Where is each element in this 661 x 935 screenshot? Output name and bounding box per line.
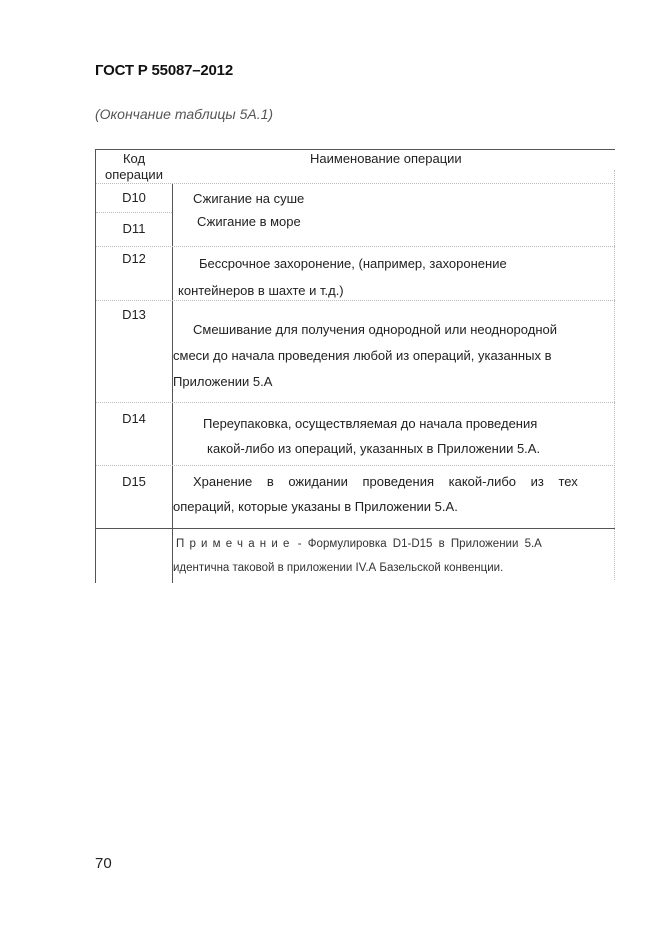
table-row-code: D11 <box>96 221 172 236</box>
table-row-name: какой-либо из операций, указанных в Прил… <box>207 441 540 456</box>
row-divider <box>96 402 615 403</box>
table-row-code: D13 <box>96 307 172 322</box>
table-caption: (Окончание таблицы 5А.1) <box>95 106 273 122</box>
table-row-code: D14 <box>96 411 172 426</box>
table-row-name: Бессрочное захоронение, (например, захор… <box>199 256 507 271</box>
table-row-name: Сжигание в море <box>197 214 301 229</box>
table-row-name: операций, которые указаны в Приложении 5… <box>173 499 458 514</box>
table-row-name: Приложении 5.А <box>173 374 272 389</box>
note-text: - Формулировка D1-D15 в Приложении 5.А <box>298 538 542 550</box>
header-code-line1: Код <box>96 151 172 166</box>
table-row-code: D10 <box>96 190 172 205</box>
table-left-border <box>95 149 96 583</box>
table-row-name: контейнеров в шахте и т.д.) <box>178 283 344 298</box>
table-top-border <box>95 149 615 150</box>
table-row-code: D12 <box>96 251 172 266</box>
table-row-name: Сжигание на суше <box>193 191 304 206</box>
row-divider <box>96 246 615 247</box>
table-row-code: D15 <box>96 474 172 489</box>
document-code: ГОСТ Р 55087–2012 <box>95 62 233 79</box>
right-edge-marks <box>614 170 615 580</box>
note-label: Примечание <box>176 538 295 550</box>
note-line2: идентична таковой в приложении IV.А Базе… <box>173 562 503 574</box>
table-row-name: Переупаковка, осуществляемая до начала п… <box>203 416 537 431</box>
row-divider <box>96 300 615 301</box>
note-divider <box>95 528 615 529</box>
note-line1: Примечание - Формулировка D1-D15 в Прило… <box>176 538 542 550</box>
header-divider <box>96 183 615 184</box>
table-row-name: смеси до начала проведения любой из опер… <box>173 348 551 363</box>
header-code-line2: операции <box>96 167 172 182</box>
row-divider <box>96 465 615 466</box>
table-row-name: Хранение в ожидании проведения какой-либ… <box>193 474 578 489</box>
header-operation-name: Наименование операции <box>310 151 462 166</box>
row-divider <box>96 212 172 213</box>
table-row-name: Смешивание для получения однородной или … <box>193 322 557 337</box>
page-number: 70 <box>95 855 112 872</box>
